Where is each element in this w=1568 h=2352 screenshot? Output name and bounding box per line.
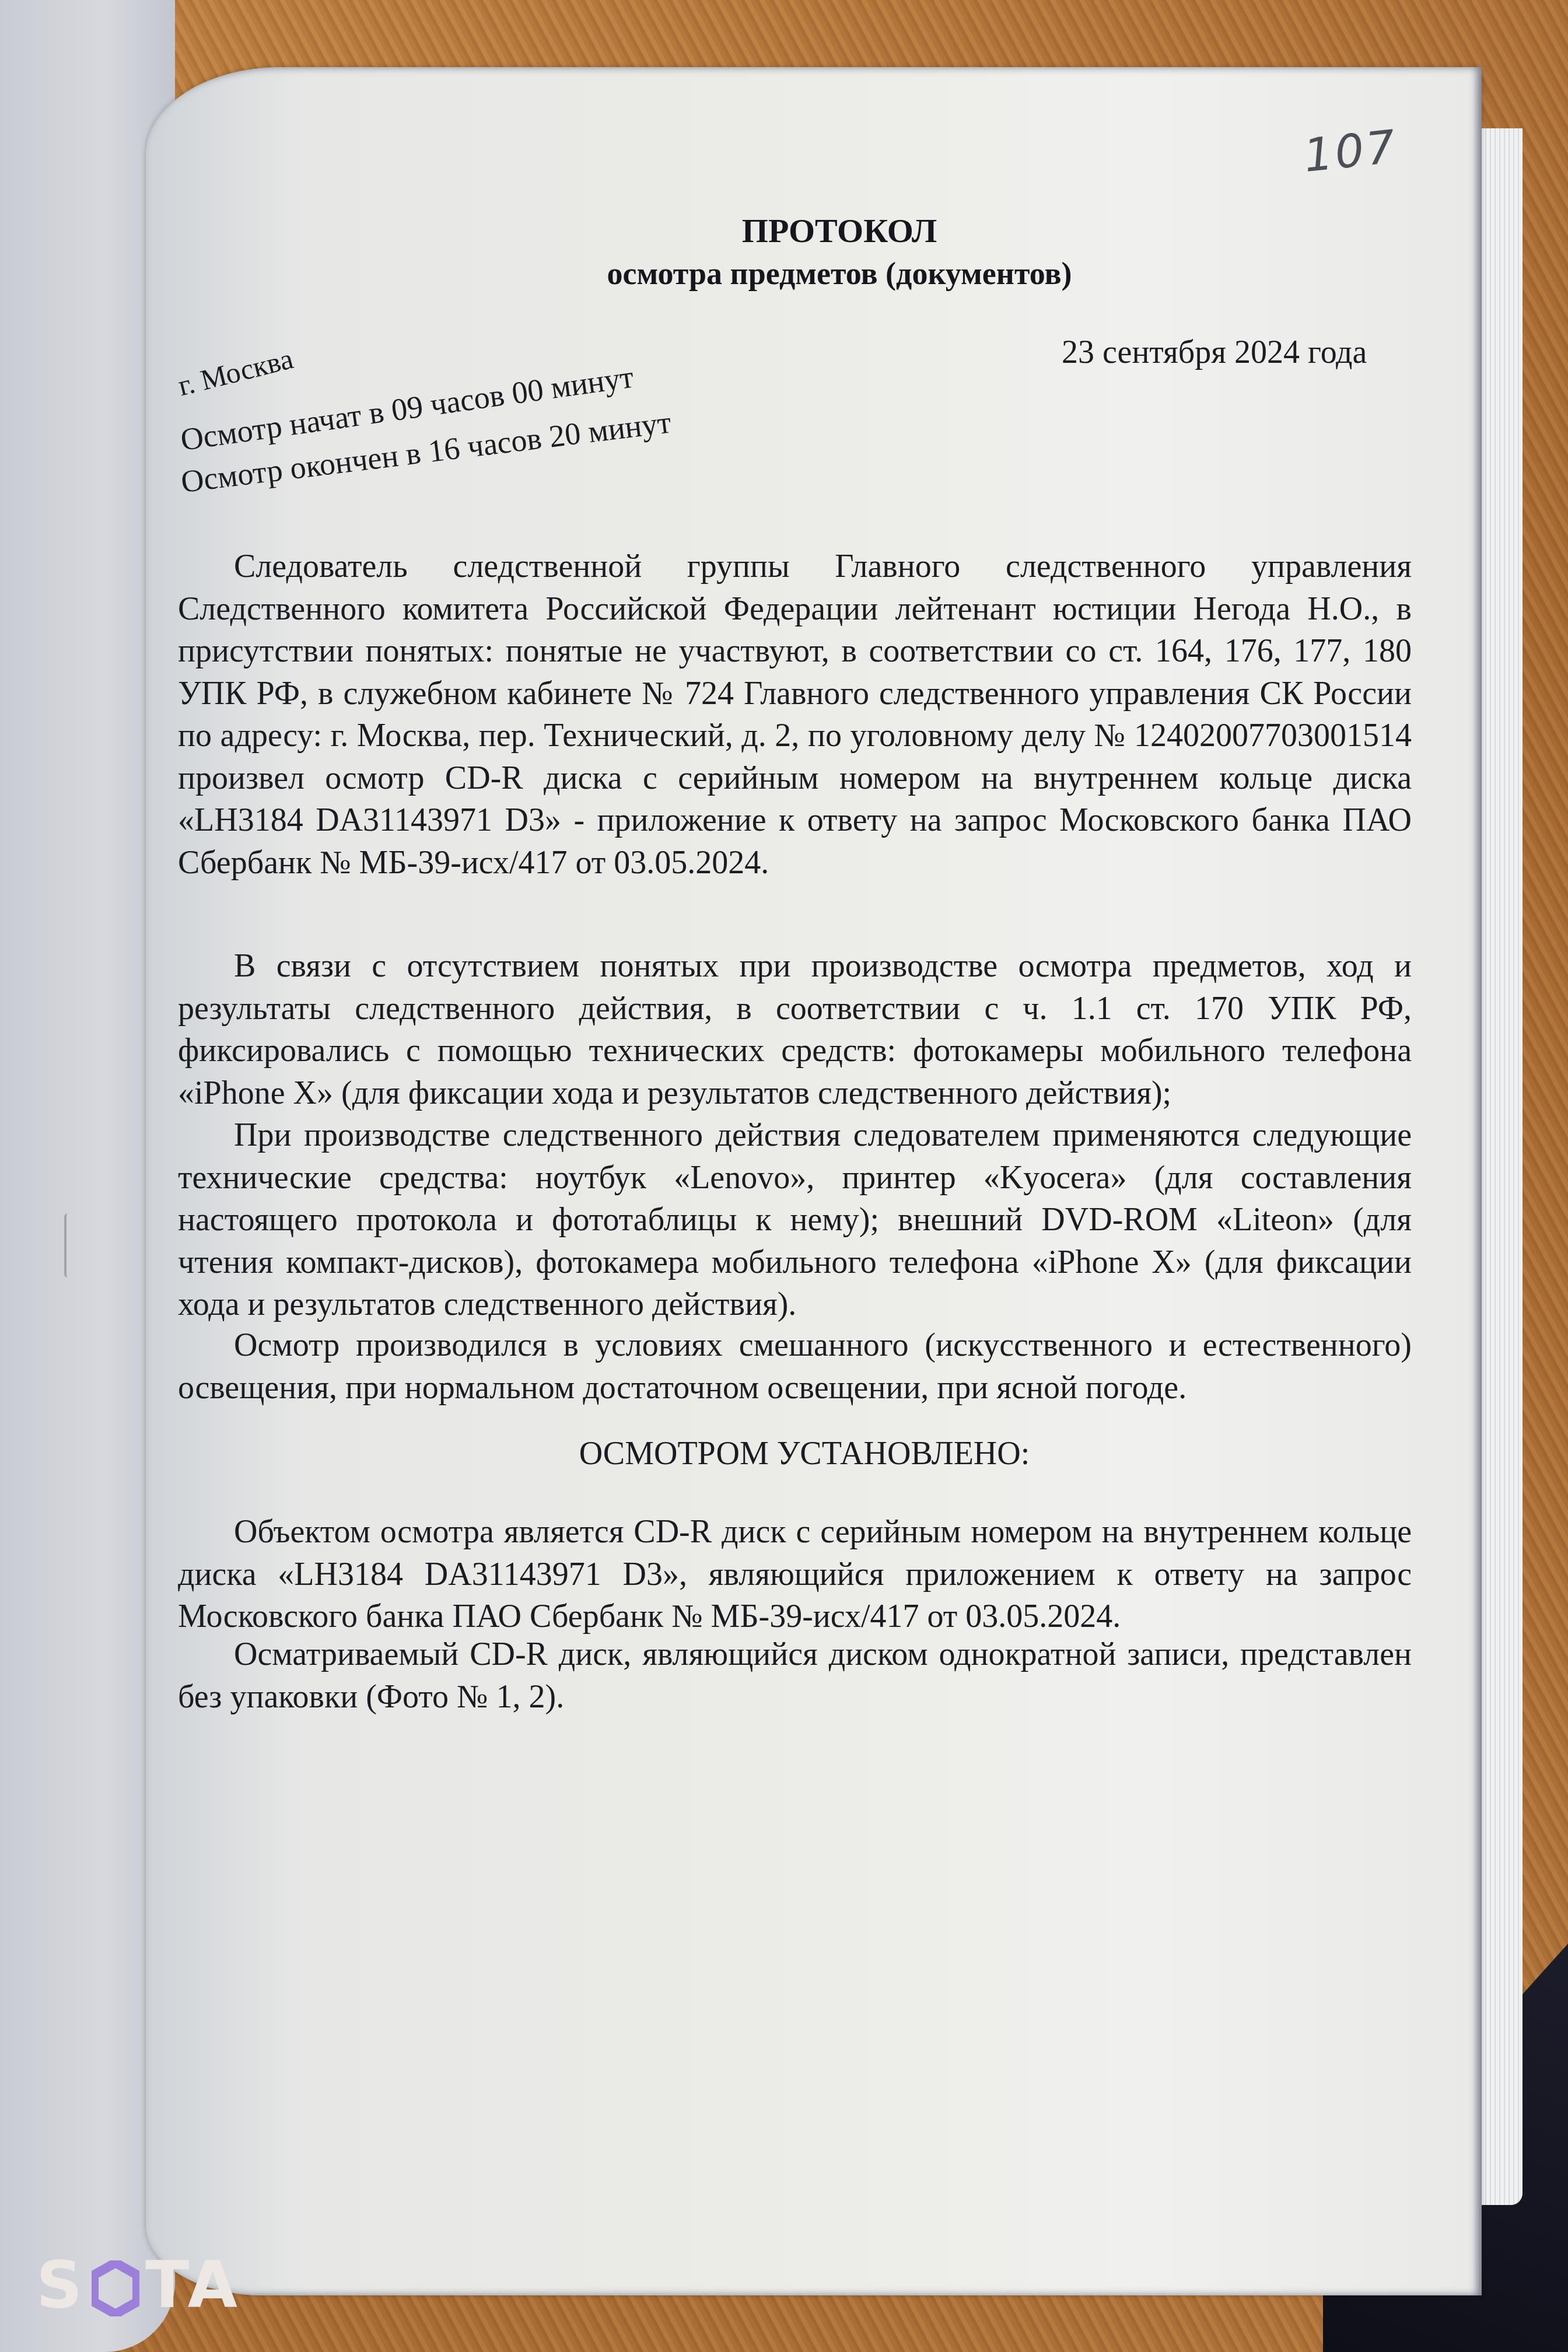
paragraph-equipment-text: При производстве следственного действия … [178, 1114, 1412, 1326]
document-date: 23 сентября 2024 года [1062, 331, 1367, 373]
logo-text-start: S [36, 2248, 86, 2322]
paragraph-intro-text: Следователь следственной группы Главного… [178, 545, 1412, 884]
paragraph-equipment: При производстве следственного действия … [178, 1114, 1412, 1326]
sota-watermark-logo: S TA [36, 2253, 241, 2317]
paragraph-no-witnesses: В связи с отсутствием понятых при произв… [178, 945, 1412, 1114]
findings-heading: ОСМОТРОМ УСТАНОВЛЕНО: [0, 1435, 1568, 1472]
logo-text-end: TA [145, 2248, 241, 2322]
paragraph-object: Объектом осмотра является CD-R диск с се… [178, 1511, 1412, 1638]
document-subtitle: осмотра предметов (документов) [0, 256, 1568, 292]
paragraph-conditions-text: Осмотр производился в условиях смешанног… [178, 1324, 1412, 1409]
paragraph-packaging-text: Осматриваемый CD-R диск, являющийся диск… [178, 1633, 1412, 1718]
paragraph-conditions: Осмотр производился в условиях смешанног… [178, 1324, 1412, 1409]
paragraph-packaging: Осматриваемый CD-R диск, являющийся диск… [178, 1633, 1412, 1718]
paragraph-intro: Следователь следственной группы Главного… [178, 545, 1412, 884]
staple-mark [64, 1213, 79, 1277]
hexagon-icon [92, 2257, 139, 2313]
handwritten-page-number: 107 [1301, 121, 1400, 183]
document-title: ПРОТОКОЛ [0, 211, 1568, 250]
paragraph-no-witnesses-text: В связи с отсутствием понятых при произв… [178, 945, 1412, 1114]
paragraph-object-text: Объектом осмотра является CD-R диск с се… [178, 1511, 1412, 1638]
